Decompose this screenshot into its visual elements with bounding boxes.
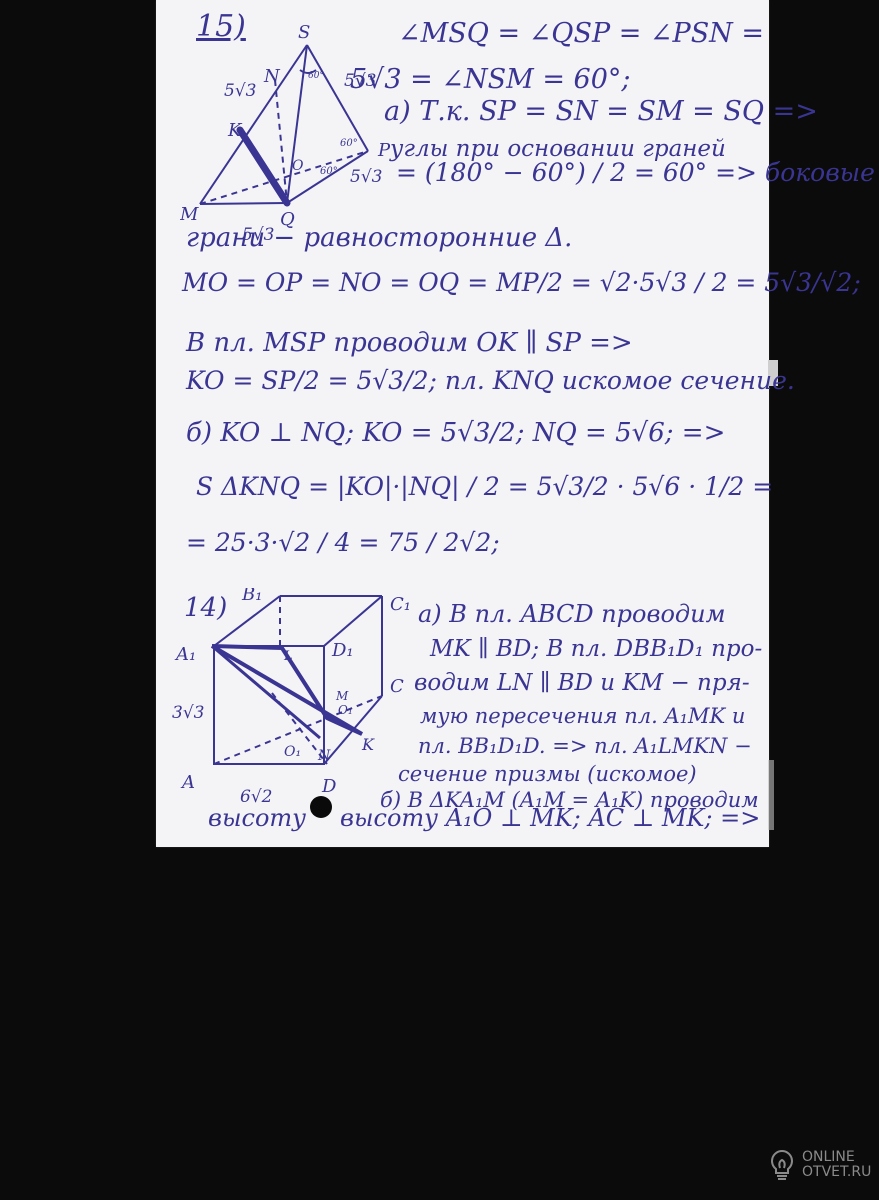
text-line: мую пересечения пл. A₁MK и — [420, 706, 745, 727]
svg-text:D₁: D₁ — [331, 640, 354, 661]
svg-text:60°: 60° — [340, 138, 358, 149]
text-line: 5√3 = ∠NSM = 60°; — [350, 66, 630, 93]
svg-text:3√3: 3√3 — [172, 703, 204, 723]
svg-text:C: C — [390, 676, 404, 697]
svg-text:L: L — [283, 649, 293, 664]
svg-text:60°: 60° — [320, 166, 338, 177]
punch-hole — [310, 796, 332, 818]
text-line: высоту A₁O ⊥ MK; AC ⊥ MK; => — [340, 806, 760, 830]
svg-text:K: K — [227, 120, 243, 141]
svg-text:A: A — [180, 772, 195, 793]
watermark-line2: OTVET.RU — [802, 1165, 871, 1180]
text-line: KO = SP/2 = 5√3/2; пл. KNQ искомое сечен… — [186, 368, 795, 393]
text-line: S ΔKNQ = |KO|·|NQ| / 2 = 5√3/2 · 5√6 · 1… — [196, 474, 773, 499]
svg-text:M: M — [180, 204, 199, 225]
watermark: ONLINE OTVET.RU — [768, 1148, 871, 1182]
svg-text:M: M — [335, 689, 349, 703]
text-line: В пл. MSP проводим OK ∥ SP => — [186, 330, 633, 356]
svg-text:P: P — [377, 140, 391, 161]
text-line: а) В пл. ABCD проводим — [418, 602, 725, 626]
text-line: грани − равносторонние Δ. — [186, 225, 572, 251]
lightbulb-icon — [768, 1148, 796, 1182]
text-line: а) Т.к. SP = SN = SM = SQ => — [384, 98, 818, 125]
scan-artifact — [768, 760, 774, 830]
watermark-line1: ONLINE — [802, 1150, 871, 1165]
svg-text:O₁: O₁ — [338, 703, 353, 717]
svg-text:B₁: B₁ — [241, 588, 262, 605]
text-line: б) KO ⊥ NQ; KO = 5√3/2; NQ = 5√6; => — [186, 420, 725, 446]
text-line: водим LN ∥ BD и KM − пря- — [414, 672, 750, 695]
svg-text:D: D — [321, 776, 337, 797]
svg-text:O: O — [292, 158, 304, 174]
text-line: ∠MSQ = ∠QSP = ∠PSN = — [398, 20, 764, 47]
svg-text:60°: 60° — [308, 71, 324, 81]
text-line: = 25·3·√2 / 4 = 75 / 2√2; — [186, 530, 500, 555]
svg-text:K: K — [361, 735, 375, 754]
pyramid-diagram: S M Q P N K O 5√3 5√3 5√3 5√3 60° 60° 60… — [180, 20, 440, 250]
svg-text:N: N — [317, 748, 331, 764]
prism-diagram: B₁ C₁ A₁ D₁ C A D L M O₁ N O₁ K 3√3 6√2 — [172, 588, 422, 808]
svg-text:5√3: 5√3 — [224, 81, 256, 101]
text-line: MK ∥ BD; В пл. DBB₁D₁ про- — [430, 638, 762, 661]
text-line: сечение призмы (искомое) — [398, 764, 697, 785]
text-line: пл. BB₁D₁D. => пл. A₁LMKN − — [418, 736, 752, 757]
svg-text:O₁: O₁ — [284, 744, 301, 760]
svg-text:S: S — [298, 22, 310, 43]
svg-text:N: N — [263, 66, 281, 87]
svg-text:C₁: C₁ — [390, 594, 411, 615]
text-line: = (180° − 60°) / 2 = 60° => боковые — [396, 160, 875, 185]
svg-text:A₁: A₁ — [174, 644, 196, 665]
svg-text:5√3: 5√3 — [350, 167, 382, 187]
text-line: MO = OP = NO = OQ = MP/2 = √2·5√3 / 2 = … — [182, 270, 861, 295]
text-line-continued: высоту — [208, 806, 306, 830]
